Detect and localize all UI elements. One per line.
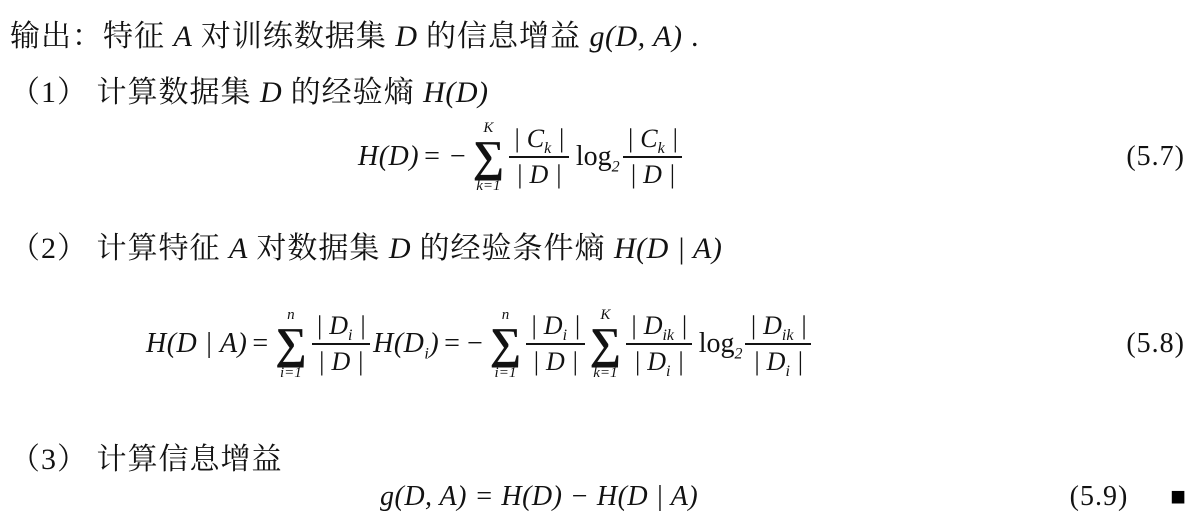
fraction-di-over-d: | Di | | D | — [526, 311, 585, 377]
equals-sign: = — [247, 328, 273, 360]
log-text: log — [576, 141, 612, 172]
numerator-text: | — [352, 311, 366, 340]
sigma-icon: ∑ — [590, 323, 621, 365]
numerator-text: | C — [627, 124, 658, 153]
denominator: | Di | — [630, 345, 689, 377]
numerator-text: | — [567, 311, 581, 340]
denominator-text: | — [790, 347, 804, 376]
qed-square-icon: ■ — [1170, 484, 1186, 510]
equals-minus-sign: = − — [439, 328, 488, 360]
numerator-text: | — [674, 311, 688, 340]
fraction-ck-over-d: | Ck | | D | — [509, 124, 569, 190]
numerator-text: | D — [749, 311, 781, 340]
log-function: log2 — [572, 141, 620, 173]
denominator-text: | D — [753, 347, 785, 376]
eq59-expression: g(D, A) = H(D) − H(D | A) — [380, 481, 698, 513]
fraction-dik-over-di: | Dik | | Di | — [745, 311, 811, 377]
log-base: 2 — [734, 346, 742, 363]
denominator: | D | — [625, 158, 679, 190]
step-1-text: （1） 计算数据集 — [10, 76, 260, 109]
subscript-ik: ik — [782, 327, 794, 344]
equation-tag-5-7: (5.7) — [1126, 141, 1185, 173]
denominator: | D | — [528, 345, 582, 377]
output-line: 输出：特征 A 对训练数据集 D 的信息增益 g(D, A) . — [10, 11, 699, 55]
numerator: | Dik | — [745, 311, 811, 345]
sum-lower-limit: i=1 — [495, 365, 517, 382]
fraction-di-over-d: | Di | | D | — [312, 311, 371, 377]
equation-5-7: H(D) = − K ∑ k=1 | Ck | | D | log2 | Ck … — [358, 120, 685, 195]
textbook-page: 输出：特征 A 对训练数据集 D 的信息增益 g(D, A) . （1） 计算数… — [0, 0, 1198, 532]
step-2-text: 对数据集 — [248, 232, 389, 265]
sum-lower-limit: k=1 — [593, 365, 617, 382]
sum-operator-k: K ∑ k=1 — [473, 120, 504, 195]
equation-5-8-row: H(D | A) = n ∑ i=1 | Di | | D | H(Di) = … — [0, 286, 1198, 402]
sum-operator-k: K ∑ k=1 — [590, 307, 621, 382]
step-1-text: 的经验熵 — [282, 76, 423, 109]
var-A: A — [229, 232, 248, 265]
denominator-text: | D — [634, 347, 666, 376]
output-line-text: 对训练数据集 — [192, 20, 395, 53]
numerator: | Di | — [526, 311, 585, 345]
sigma-icon: ∑ — [275, 323, 306, 365]
log-base: 2 — [612, 159, 620, 176]
var-D: D — [260, 76, 282, 109]
sum-operator-i: n ∑ i=1 — [490, 307, 521, 382]
sigma-icon: ∑ — [490, 323, 521, 365]
step-1-heading: （1） 计算数据集 D 的经验熵 H(D) — [10, 67, 488, 111]
denominator-text: | — [670, 347, 684, 376]
numerator-text: | C — [513, 124, 544, 153]
numerator-text: | — [551, 124, 565, 153]
numerator: | Ck | — [623, 124, 683, 158]
numerator-text: | D — [630, 311, 662, 340]
h-of-di: H(Di) — [373, 328, 439, 360]
step-2-text: （2） 计算特征 — [10, 232, 229, 265]
denominator: | Di | — [749, 345, 808, 377]
var-A: A — [174, 20, 193, 53]
entropy-symbol: H(D) — [423, 76, 488, 109]
numerator: | Di | — [312, 311, 371, 345]
conditional-entropy-symbol: H(D | A) — [614, 232, 722, 265]
sum-lower-limit: i=1 — [280, 365, 302, 382]
step-2-heading: （2） 计算特征 A 对数据集 D 的经验条件熵 H(D | A) — [10, 223, 722, 267]
step-2-text: 的经验条件熵 — [411, 232, 614, 265]
equation-tag-5-8: (5.8) — [1126, 328, 1185, 360]
numerator-text: | D — [530, 311, 562, 340]
sum-lower-limit: k=1 — [476, 178, 500, 195]
fraction-dik-over-di: | Dik | | Di | — [626, 311, 692, 377]
numerator-text: | D — [316, 311, 348, 340]
equation-5-9-row: g(D, A) = H(D) − H(D | A) (5.9) ■ — [0, 470, 1198, 524]
sum-operator-i: n ∑ i=1 — [275, 307, 306, 382]
equation-5-9: g(D, A) = H(D) − H(D | A) — [380, 481, 698, 513]
denominator: | D | — [314, 345, 368, 377]
numerator-text: | — [665, 124, 679, 153]
log-text: log — [699, 328, 735, 359]
period: . — [682, 20, 699, 53]
eq58-lhs: H(D | A) — [146, 328, 247, 360]
var-D: D — [389, 232, 411, 265]
output-line-text: 输出：特征 — [10, 20, 174, 53]
output-line-text: 的信息增益 — [418, 20, 590, 53]
var-D: D — [395, 20, 417, 53]
equation-tag-5-9: (5.9) — [1070, 481, 1129, 513]
numerator: | Ck | — [509, 124, 569, 158]
numerator-text: | — [793, 311, 807, 340]
numerator: | Dik | — [626, 311, 692, 345]
subscript-k: k — [658, 140, 665, 157]
sigma-icon: ∑ — [473, 136, 504, 178]
h-di-text: ) — [429, 328, 439, 359]
equation-5-7-row: H(D) = − K ∑ k=1 | Ck | | D | log2 | Ck … — [0, 106, 1198, 208]
subscript-ik: ik — [662, 327, 674, 344]
eq57-lhs: H(D) — [358, 141, 419, 173]
log-function: log2 — [695, 328, 743, 360]
equation-5-8: H(D | A) = n ∑ i=1 | Di | | D | H(Di) = … — [146, 307, 814, 382]
fraction-ck-over-d: | Ck | | D | — [623, 124, 683, 190]
denominator: | D | — [512, 158, 566, 190]
minus-sign: − — [445, 141, 471, 173]
equals-sign: = — [419, 141, 445, 173]
gain-expression: g(D, A) — [590, 20, 683, 53]
h-di-text: H(D — [373, 328, 424, 359]
